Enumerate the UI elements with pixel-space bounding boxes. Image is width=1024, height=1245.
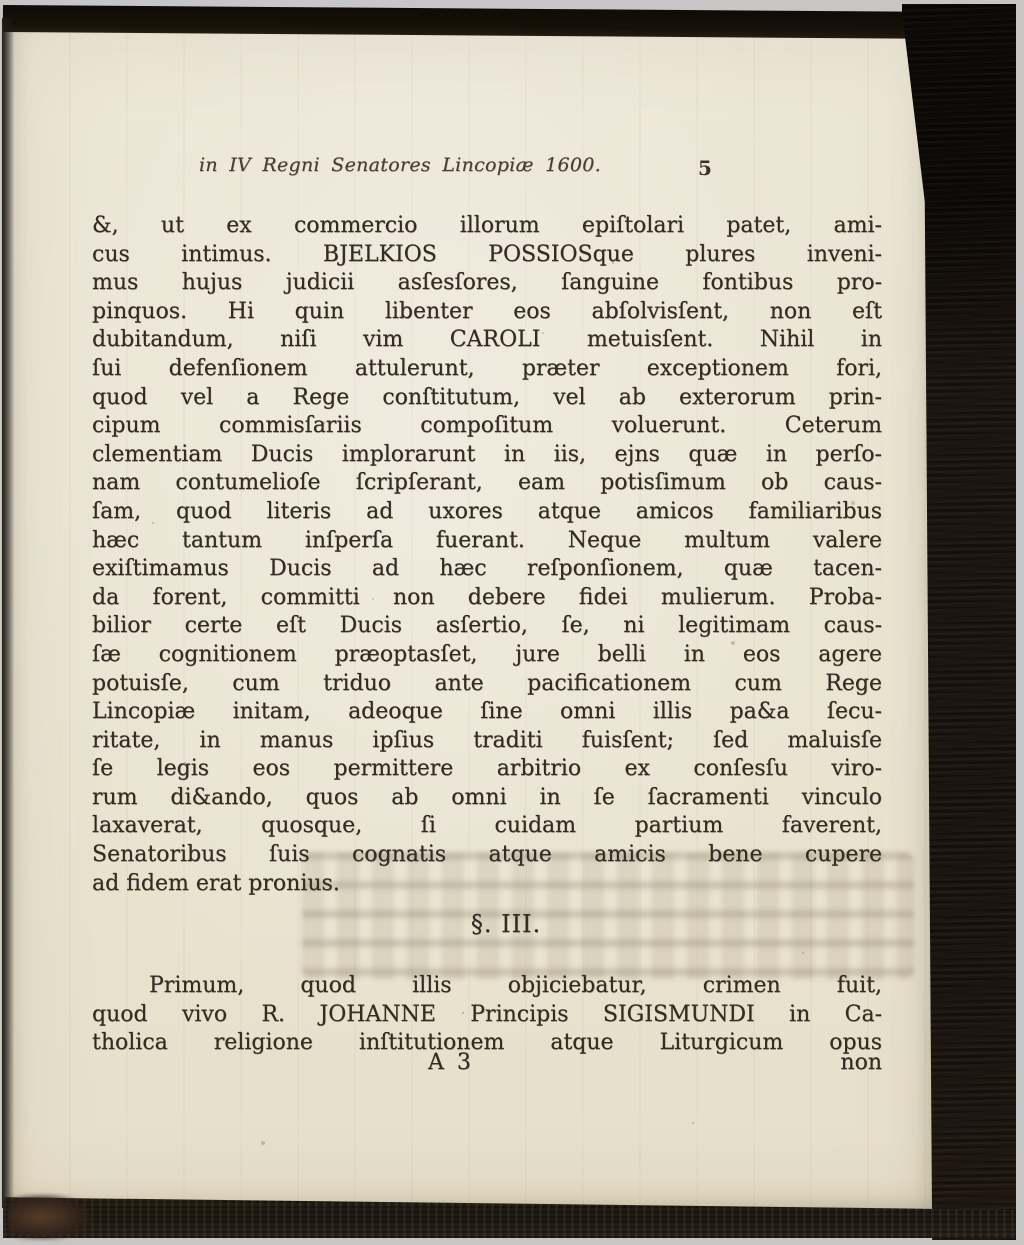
- text-line: ſui defenſionem attulerunt, præter excep…: [92, 355, 882, 384]
- text-line: dubitandum, niſi vim CAROLI metuisſent. …: [92, 326, 882, 355]
- text-line: Senatoribus ſuis cognatis atque amicis b…: [92, 841, 882, 870]
- text-line: rum di&ando, quos ab omni in ſe ſacramen…: [92, 784, 882, 813]
- paragraph-2: Primum, quod illis objiciebatur, crimen …: [92, 972, 882, 1058]
- text-line: ad fidem erat pronius.: [92, 870, 882, 899]
- text-line: ſam, quod literis ad uxores atque amicos…: [92, 498, 882, 527]
- text-line: Primum, quod illis objiciebatur, crimen …: [92, 972, 882, 1001]
- text-line: Lincopiæ initam, adeoque ſine omni illis…: [92, 698, 882, 727]
- text-line: ſe legis eos permittere arbitrio ex conſ…: [92, 755, 882, 784]
- text-line: exiſtimamus Ducis ad hæc reſponſionem, q…: [92, 555, 882, 584]
- text-line: clementiam Ducis implorarunt in iis, ejn…: [92, 441, 882, 470]
- section-heading: §. III.: [92, 910, 920, 938]
- text-line: &, ut ex commercio illorum epiſtolari pa…: [92, 212, 882, 241]
- running-header: in IV Regni Senatores Lincopiæ 1600. 5: [92, 154, 882, 186]
- text-line: potuisſe, cum triduo ante pacificationem…: [92, 670, 882, 699]
- paragraph-1: &, ut ex commercio illorum epiſtolari pa…: [92, 212, 882, 898]
- text-line: pinquos. Hi quin libenter eos abſolvisſe…: [92, 298, 882, 327]
- scanned-book-page: in IV Regni Senatores Lincopiæ 1600. 5 &…: [0, 0, 1024, 1245]
- text-line: quod vivo R. JOHANNE Principis SIGISMUND…: [92, 1001, 882, 1030]
- text-line: nam contumelioſe ſcripſerant, eam potisſ…: [92, 469, 882, 498]
- running-header-title: in IV Regni Senatores Lincopiæ 1600.: [92, 154, 708, 176]
- catchword: non: [840, 1050, 882, 1075]
- text-line: laxaverat, quosque, ſi cuidam partium fa…: [92, 812, 882, 841]
- text-line: quod vel a Rege conſtitutum, vel ab exte…: [92, 384, 882, 413]
- signature-line: A 3 non: [92, 1050, 882, 1080]
- signature-mark: A 3: [92, 1050, 810, 1075]
- text-line: ritate, in manus ipſius traditi fuisſent…: [92, 727, 882, 756]
- text-line: ſæ cognitionem præoptasſet, jure belli i…: [92, 641, 882, 670]
- text-line: cipum commisſariis compoſitum voluerunt.…: [92, 412, 882, 441]
- text-line: cus intimus. BJELKIOS POSSIOSque plures …: [92, 241, 882, 270]
- text-line: hæc tantum inſperſa fuerant. Neque multu…: [92, 527, 882, 556]
- text-line: mus hujus judicii asſesſores, ſanguine f…: [92, 269, 882, 298]
- page-number: 5: [698, 156, 722, 180]
- text-line: da forent, committi non debere fidei mul…: [92, 584, 882, 613]
- printed-content: in IV Regni Senatores Lincopiæ 1600. 5 &…: [0, 0, 1024, 1245]
- text-line: bilior certe eſt Ducis asſertio, ſe, ni …: [92, 612, 882, 641]
